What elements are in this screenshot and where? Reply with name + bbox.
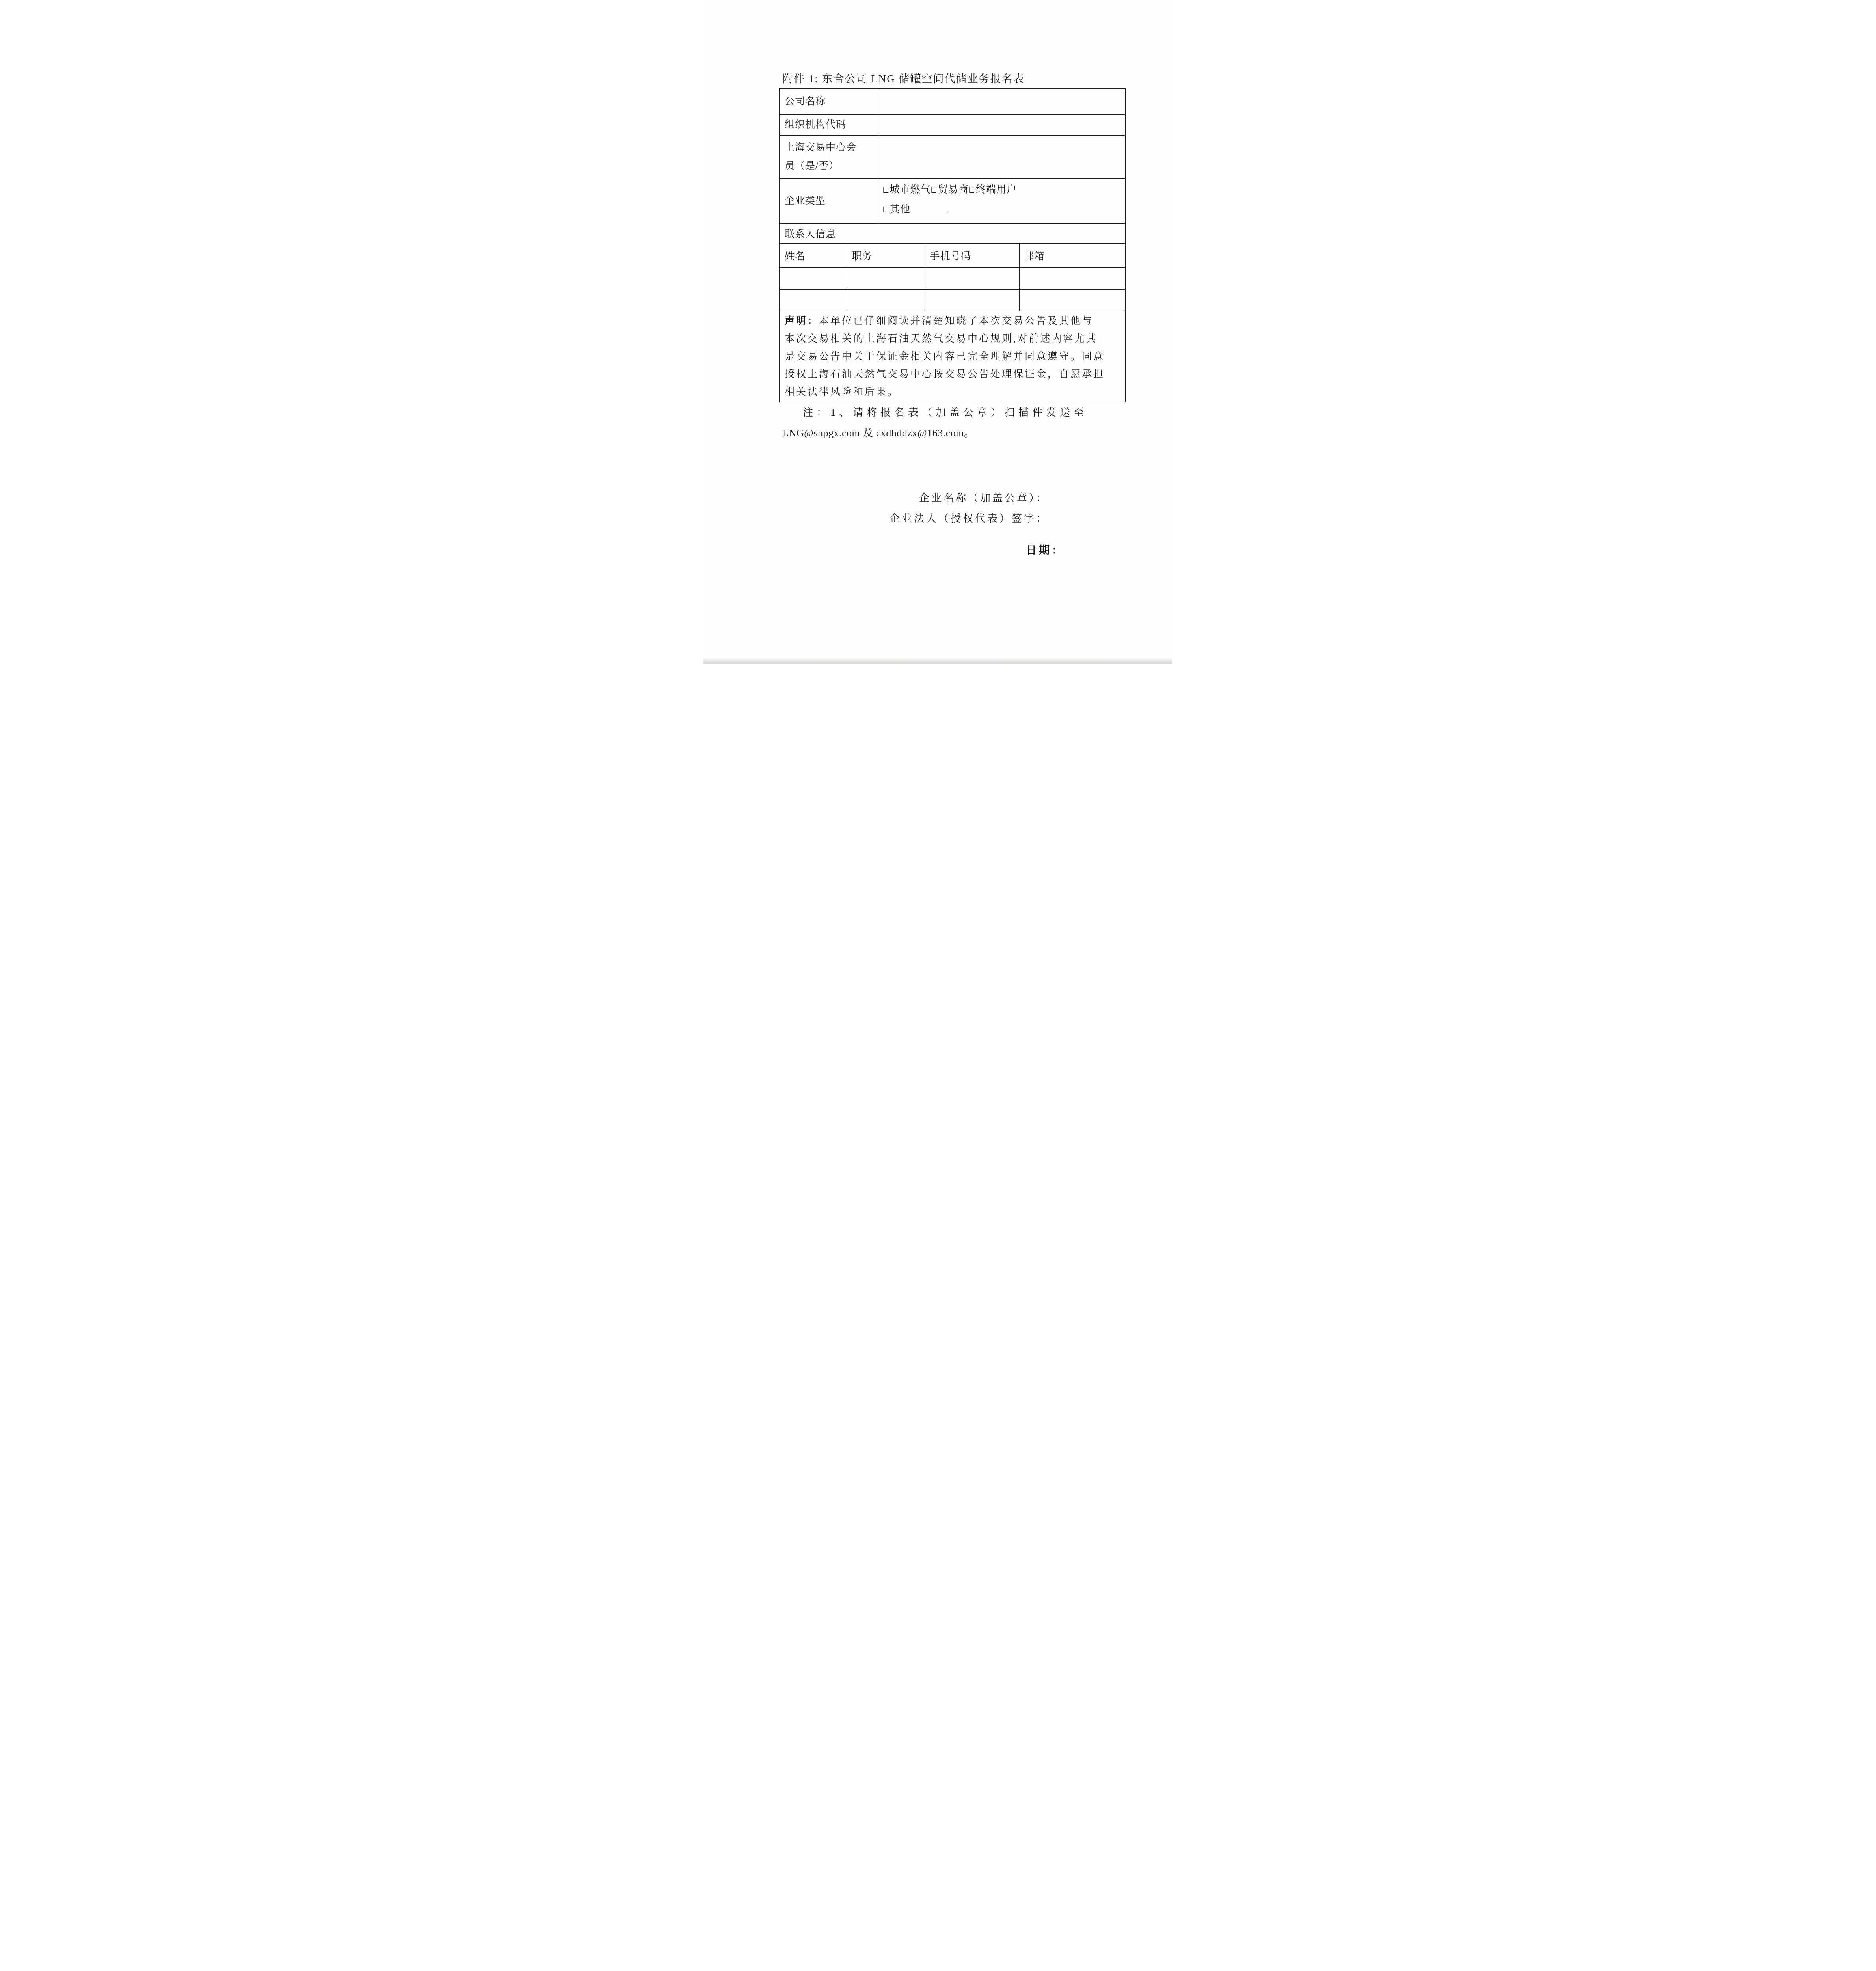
other-option-label: 其他 (890, 204, 910, 215)
scan-edge-shadow (703, 658, 1172, 664)
contact-empty-cell (847, 268, 925, 289)
note-line-1: 注：1、请将报名表（加盖公章）扫描件发送至 (803, 404, 1087, 419)
page-title: 附件 1: 东合公司 LNG 储罐空间代储业务报名表 (782, 70, 1025, 86)
contact-header-position: 职务 (847, 243, 925, 268)
declaration-row: 声明：本单位已仔细阅读并清楚知晓了本次交易公告及其他与 本次交易相关的上海石油天… (780, 311, 1125, 402)
membership-value-cell (878, 136, 1125, 179)
contact-empty-cell (1019, 268, 1125, 289)
contact-empty-cell (925, 289, 1019, 311)
enterprise-type-other-line: □其他 (883, 204, 1120, 215)
contact-header-name: 姓名 (780, 243, 847, 268)
declaration-label: 声明： (785, 315, 819, 326)
enterprise-type-option: 贸易商 (938, 184, 969, 195)
declaration-line: 本次交易相关的上海石油天然气交易中心规则,对前述内容尤其 (785, 330, 1120, 348)
note-line-2: LNG@shpgx.com 及 cxdhddzx@163.com。 (782, 425, 975, 440)
table-row: 企业类型 □城市燃气□贸易商□终端用户 □其他 (780, 179, 1125, 224)
enterprise-type-option: 终端用户 (976, 184, 1017, 195)
legal-representative-line: 企业法人（授权代表）签字： (703, 510, 1048, 525)
registration-table: 公司名称 组织机构代码 上海交易中心会 员（是/否） 企业类型 □城市燃气□贸易… (779, 88, 1126, 402)
company-name-value-cell (878, 89, 1125, 114)
contact-empty-cell (847, 289, 925, 311)
contact-header-mobile: 手机号码 (925, 243, 1019, 268)
company-seal-line: 企业名称（加盖公章）： (703, 490, 1048, 505)
table-row: 组织机构代码 (780, 114, 1125, 136)
checkbox-icon: □ (969, 184, 975, 196)
contact-header-row: 姓名 职务 手机号码 邮箱 (780, 243, 1125, 268)
scanned-form-page: 附件 1: 东合公司 LNG 储罐空间代储业务报名表 公司名称 组织机构代码 上… (703, 0, 1172, 664)
declaration-line: 是交易公告中关于保证金相关内容已完全理解并同意遵守。同意 (785, 348, 1120, 365)
contact-empty-cell (1019, 289, 1125, 311)
contact-header-email: 邮箱 (1019, 243, 1125, 268)
contact-empty-row (780, 268, 1125, 289)
checkbox-icon: □ (883, 184, 889, 196)
checkbox-icon: □ (883, 204, 889, 215)
company-name-label: 公司名称 (780, 89, 878, 114)
enterprise-type-label: 企业类型 (780, 179, 878, 224)
membership-label: 上海交易中心会 员（是/否） (780, 136, 878, 179)
org-code-value-cell (878, 114, 1125, 136)
checkbox-icon: □ (931, 184, 937, 196)
contact-empty-row (780, 289, 1125, 311)
org-code-label: 组织机构代码 (780, 114, 878, 136)
contact-empty-cell (925, 268, 1019, 289)
declaration-line: 授权上海石油天然气交易中心按交易公告处理保证金，自愿承担 (785, 365, 1120, 383)
contact-empty-cell (780, 289, 847, 311)
declaration-line: 相关法律风险和后果。 (785, 383, 1120, 401)
enterprise-type-options-line: □城市燃气□贸易商□终端用户 (883, 184, 1120, 196)
contact-section-label: 联系人信息 (780, 224, 1125, 243)
contact-empty-cell (780, 268, 847, 289)
date-label: 日期： (1026, 542, 1065, 557)
enterprise-type-option: 城市燃气 (890, 184, 931, 195)
other-fill-line (910, 209, 948, 212)
declaration-text: 本单位已仔细阅读并清楚知晓了本次交易公告及其他与 (819, 316, 1093, 326)
enterprise-type-value-cell: □城市燃气□贸易商□终端用户 □其他 (878, 179, 1125, 224)
table-row: 联系人信息 (780, 224, 1125, 243)
table-row: 上海交易中心会 员（是/否） (780, 136, 1125, 179)
declaration-line: 声明：本单位已仔细阅读并清楚知晓了本次交易公告及其他与 (785, 312, 1120, 330)
table-row: 公司名称 (780, 89, 1125, 114)
declaration-cell: 声明：本单位已仔细阅读并清楚知晓了本次交易公告及其他与 本次交易相关的上海石油天… (780, 311, 1125, 402)
